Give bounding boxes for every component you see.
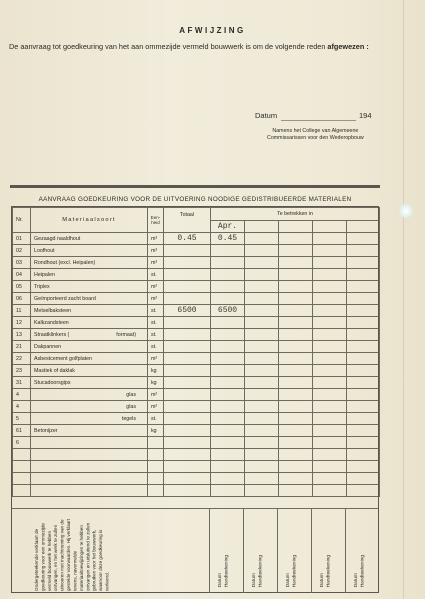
row-material: tegels: [31, 413, 148, 425]
row-nr: 04: [13, 269, 31, 281]
row-month-4[interactable]: [313, 485, 347, 497]
row-month-3[interactable]: [279, 377, 313, 389]
row-month-1[interactable]: [211, 377, 245, 389]
row-material: Dakpannen: [31, 341, 148, 353]
row-month-5[interactable]: [347, 281, 380, 293]
row-month-5[interactable]: [347, 233, 380, 245]
material-name: Stucadoorsgips: [34, 380, 71, 386]
row-month-3[interactable]: [279, 485, 313, 497]
row-month-2[interactable]: [245, 233, 279, 245]
row-material: Asbestcement golfplaten: [31, 353, 148, 365]
month-column-3: [279, 220, 313, 233]
row-unit: m²: [148, 293, 164, 305]
row-material: Gezaagd naaldhout: [31, 233, 148, 245]
row-month-4[interactable]: [313, 353, 347, 365]
row-month-3[interactable]: [279, 269, 313, 281]
material-name: Heipalen: [34, 272, 55, 278]
month-column-5: [347, 220, 380, 233]
row-total[interactable]: [164, 329, 211, 341]
row-material: Geïmporteerd zacht board: [31, 293, 148, 305]
row-month-1[interactable]: [211, 473, 245, 485]
row-unit: m²: [148, 401, 164, 413]
table-row: 02Loofhoutm³: [13, 245, 380, 257]
row-month-1[interactable]: [211, 317, 245, 329]
row-month-5[interactable]: [347, 293, 380, 305]
row-month-5[interactable]: [347, 425, 380, 437]
row-nr: 4: [13, 401, 31, 413]
row-month-3[interactable]: [279, 233, 313, 245]
material-suffix: glas: [126, 392, 144, 398]
row-total[interactable]: [164, 485, 211, 497]
row-nr: 23: [13, 365, 31, 377]
row-unit: [148, 473, 164, 485]
row-month-5[interactable]: [347, 437, 380, 449]
row-total[interactable]: 6500: [164, 305, 211, 317]
table-row: 12Kalkzandsteenst.: [13, 317, 380, 329]
sign-label: Handteekening: [327, 555, 332, 587]
row-month-4[interactable]: [313, 293, 347, 305]
date-label: Datum: [252, 573, 257, 587]
row-nr: 4: [13, 389, 31, 401]
table-row: 31Stucadoorsgipskg: [13, 377, 380, 389]
signature-labels: DatumHandteekening: [320, 555, 333, 587]
row-nr: 13: [13, 329, 31, 341]
row-month-3[interactable]: [279, 329, 313, 341]
row-month-3[interactable]: [279, 305, 313, 317]
table-row: 4glasm²: [13, 401, 380, 413]
row-material: Mastiek of daklak: [31, 365, 148, 377]
row-month-3[interactable]: [279, 245, 313, 257]
row-unit: [148, 437, 164, 449]
table-row: [13, 485, 380, 497]
row-total[interactable]: [164, 437, 211, 449]
row-nr: 03: [13, 257, 31, 269]
row-month-5[interactable]: [347, 413, 380, 425]
signature-cell-1[interactable]: DatumHandteekening: [210, 509, 244, 593]
table-row: 22Asbestcement golfplatenm²: [13, 353, 380, 365]
row-month-5[interactable]: [347, 461, 380, 473]
row-total[interactable]: [164, 461, 211, 473]
material-suffix: [136, 380, 144, 386]
material-suffix: [136, 428, 144, 434]
row-month-1[interactable]: [211, 413, 245, 425]
row-month-2[interactable]: [245, 473, 279, 485]
row-nr: 6: [13, 437, 31, 449]
table-row: 4glasm²: [13, 389, 380, 401]
row-month-2[interactable]: [245, 389, 279, 401]
material-suffix: [136, 308, 144, 314]
signature-cell-3[interactable]: DatumHandteekening: [278, 509, 312, 593]
row-month-4[interactable]: [313, 413, 347, 425]
row-nr: 05: [13, 281, 31, 293]
row-month-5[interactable]: [347, 341, 380, 353]
row-total[interactable]: [164, 377, 211, 389]
row-month-5[interactable]: [347, 305, 380, 317]
row-month-1[interactable]: [211, 485, 245, 497]
row-unit: [148, 449, 164, 461]
header-total: Totaal: [164, 208, 211, 233]
table-row: 13Straatklinkers (formaat)st.: [13, 329, 380, 341]
row-total[interactable]: [164, 257, 211, 269]
row-unit: kg: [148, 377, 164, 389]
materials-section-title: AANVRAAG GOEDKEURING VOOR DE UITVOERING …: [0, 196, 390, 203]
row-month-2[interactable]: [245, 485, 279, 497]
signature-cell-4[interactable]: DatumHandteekening: [312, 509, 346, 593]
row-nr: [13, 449, 31, 461]
date-label: Datum: [354, 573, 359, 587]
material-suffix: formaat): [116, 332, 144, 338]
row-month-1[interactable]: [211, 341, 245, 353]
month-1-value: 6500: [218, 306, 237, 315]
sign-label: Handteekening: [259, 555, 264, 587]
header-to-obtain: Te betrekken in: [211, 208, 380, 221]
month-label: Apr.: [218, 222, 237, 231]
row-unit: st.: [148, 317, 164, 329]
row-total[interactable]: [164, 425, 211, 437]
materials-table: Nr. Materiaalsoort Een-heid Totaal Te be…: [12, 207, 380, 497]
row-month-1[interactable]: [211, 461, 245, 473]
table-row: 5tegelsst.: [13, 413, 380, 425]
row-month-1[interactable]: [211, 449, 245, 461]
header-unit: Een-heid: [148, 208, 164, 233]
row-month-3[interactable]: [279, 473, 313, 485]
row-material: Rondhout (excl. Heipalen): [31, 257, 148, 269]
row-unit: m³: [148, 245, 164, 257]
row-month-5[interactable]: [347, 245, 380, 257]
row-material: [31, 437, 148, 449]
row-month-2[interactable]: [245, 437, 279, 449]
signature-labels: DatumHandteekening: [286, 555, 299, 587]
row-month-1[interactable]: [211, 389, 245, 401]
table-row: 11Metselbaksteenst.65006500: [13, 305, 380, 317]
row-month-5[interactable]: [347, 269, 380, 281]
material-suffix: [136, 296, 144, 302]
row-nr: 5: [13, 413, 31, 425]
row-total[interactable]: [164, 413, 211, 425]
row-month-2[interactable]: [245, 413, 279, 425]
row-month-2[interactable]: [245, 461, 279, 473]
row-month-1[interactable]: 6500: [211, 305, 245, 317]
row-unit: m²: [148, 353, 164, 365]
row-material: Triplex: [31, 281, 148, 293]
material-name: Gezaagd naaldhout: [34, 236, 80, 242]
declaration-text: Ondergeteekende verklaart de goedkeuring…: [34, 513, 111, 591]
row-month-5[interactable]: [347, 485, 380, 497]
row-month-3[interactable]: [279, 317, 313, 329]
row-month-3[interactable]: [279, 461, 313, 473]
row-material: Heipalen: [31, 269, 148, 281]
row-total[interactable]: [164, 269, 211, 281]
row-unit: st.: [148, 269, 164, 281]
row-month-5[interactable]: [347, 449, 380, 461]
row-month-1[interactable]: [211, 269, 245, 281]
material-name: Geïmporteerd zacht board: [34, 296, 96, 302]
table-row: [13, 449, 380, 461]
row-month-3[interactable]: [279, 425, 313, 437]
row-month-1[interactable]: [211, 425, 245, 437]
row-month-3[interactable]: [279, 401, 313, 413]
row-month-1[interactable]: [211, 281, 245, 293]
datum-field[interactable]: [281, 120, 356, 121]
sign-label: Handteekening: [293, 555, 298, 587]
row-nr: 01: [13, 233, 31, 245]
table-row: 23Mastiek of daklakkg: [13, 365, 380, 377]
row-material: Loofhout: [31, 245, 148, 257]
row-unit: kg: [148, 425, 164, 437]
row-unit: st.: [148, 413, 164, 425]
row-month-2[interactable]: [245, 317, 279, 329]
month-column-4: [313, 220, 347, 233]
row-nr: 06: [13, 293, 31, 305]
row-total[interactable]: [164, 449, 211, 461]
table-row: 04Heipalenst.: [13, 269, 380, 281]
row-nr: 02: [13, 245, 31, 257]
row-material: glas: [31, 401, 148, 413]
row-month-1[interactable]: 0.45: [211, 233, 245, 245]
row-month-4[interactable]: [313, 281, 347, 293]
row-month-3[interactable]: [279, 281, 313, 293]
row-unit: st.: [148, 305, 164, 317]
row-material: [31, 485, 148, 497]
row-month-4[interactable]: [313, 365, 347, 377]
row-month-4[interactable]: [313, 461, 347, 473]
row-nr: 21: [13, 341, 31, 353]
row-material: Metselbaksteen: [31, 305, 148, 317]
material-suffix: [136, 344, 144, 350]
material-name: Straatklinkers (: [34, 332, 69, 338]
row-nr: 31: [13, 377, 31, 389]
material-name: Mastiek of daklak: [34, 368, 75, 374]
row-total[interactable]: 0.45: [164, 233, 211, 245]
row-month-3[interactable]: [279, 413, 313, 425]
row-month-2[interactable]: [245, 293, 279, 305]
row-month-2[interactable]: [245, 269, 279, 281]
row-month-5[interactable]: [347, 389, 380, 401]
row-unit: m³: [148, 257, 164, 269]
row-month-1[interactable]: [211, 329, 245, 341]
row-total[interactable]: [164, 293, 211, 305]
material-name: Loofhout: [34, 248, 55, 254]
signature-cell-2[interactable]: DatumHandteekening: [244, 509, 278, 593]
year-prefix: 194: [359, 111, 372, 120]
month-column-1: Apr.: [211, 220, 245, 233]
row-nr: [13, 485, 31, 497]
row-month-3[interactable]: [279, 293, 313, 305]
row-month-4[interactable]: [313, 305, 347, 317]
sign-label: Handteekening: [225, 555, 230, 587]
row-unit: kg: [148, 365, 164, 377]
month-column-2: [245, 220, 279, 233]
row-nr: 22: [13, 353, 31, 365]
rejection-reason-text: De aanvraag tot goedkeuring van het aan …: [9, 42, 369, 51]
row-month-2[interactable]: [245, 245, 279, 257]
row-total[interactable]: [164, 317, 211, 329]
row-month-3[interactable]: [279, 353, 313, 365]
total-value: 0.45: [177, 234, 196, 243]
row-total[interactable]: [164, 365, 211, 377]
row-month-4[interactable]: [313, 269, 347, 281]
row-unit: m²: [148, 389, 164, 401]
row-month-2[interactable]: [245, 341, 279, 353]
row-total[interactable]: [164, 389, 211, 401]
row-month-5[interactable]: [347, 377, 380, 389]
datum-label: Datum: [255, 111, 277, 120]
material-suffix: [136, 248, 144, 254]
row-month-4[interactable]: [313, 377, 347, 389]
row-month-2[interactable]: [245, 257, 279, 269]
row-month-3[interactable]: [279, 341, 313, 353]
row-material: Kalkzandsteen: [31, 317, 148, 329]
row-month-4[interactable]: [313, 473, 347, 485]
table-row: 05Triplexm²: [13, 281, 380, 293]
material-suffix: [136, 260, 144, 266]
reason-text: De aanvraag tot goedkeuring van het aan …: [9, 42, 327, 51]
row-unit: m³: [148, 233, 164, 245]
table-row: 21Dakpannenst.: [13, 341, 380, 353]
material-suffix: [136, 368, 144, 374]
row-month-3[interactable]: [279, 257, 313, 269]
row-total[interactable]: [164, 473, 211, 485]
signature-labels: DatumHandteekening: [354, 555, 367, 587]
row-month-4[interactable]: [313, 389, 347, 401]
material-suffix: glas: [126, 404, 144, 410]
row-month-1[interactable]: [211, 293, 245, 305]
row-month-4[interactable]: [313, 329, 347, 341]
row-month-3[interactable]: [279, 437, 313, 449]
row-month-1[interactable]: [211, 437, 245, 449]
row-nr: [13, 473, 31, 485]
row-month-4[interactable]: [313, 401, 347, 413]
table-row: 61Betonijzerkg: [13, 425, 380, 437]
row-month-3[interactable]: [279, 365, 313, 377]
row-unit: st.: [148, 329, 164, 341]
row-total[interactable]: [164, 401, 211, 413]
table-row: [13, 473, 380, 485]
header-nr: Nr.: [13, 208, 31, 233]
material-name: Asbestcement golfplaten: [34, 356, 92, 362]
row-unit: [148, 461, 164, 473]
row-material: glas: [31, 389, 148, 401]
paper-fold: [403, 0, 404, 599]
material-suffix: [136, 356, 144, 362]
signature-labels: DatumHandteekening: [218, 555, 231, 587]
row-month-1[interactable]: [211, 257, 245, 269]
material-suffix: [136, 284, 144, 290]
material-suffix: [136, 236, 144, 242]
material-name: Triplex: [34, 284, 50, 290]
row-unit: m²: [148, 281, 164, 293]
row-material: [31, 473, 148, 485]
material-name: Betonijzer: [34, 428, 58, 434]
row-month-2[interactable]: [245, 377, 279, 389]
declaration-cell: Ondergeteekende verklaart de goedkeuring…: [12, 509, 210, 593]
row-month-4[interactable]: [313, 341, 347, 353]
date-label: Datum: [218, 573, 223, 587]
row-total[interactable]: [164, 341, 211, 353]
row-month-2[interactable]: [245, 305, 279, 317]
material-suffix: [136, 272, 144, 278]
row-total[interactable]: [164, 245, 211, 257]
row-month-2[interactable]: [245, 425, 279, 437]
date-label: Datum: [320, 573, 325, 587]
row-month-4[interactable]: [313, 245, 347, 257]
row-material: Betonijzer: [31, 425, 148, 437]
row-nr: [13, 461, 31, 473]
row-material: Straatklinkers (formaat): [31, 329, 148, 341]
row-month-2[interactable]: [245, 353, 279, 365]
college-signature-block: Namens het College van Algemeene Commiss…: [267, 128, 364, 142]
date-label: Datum: [286, 573, 291, 587]
signature-labels: DatumHandteekening: [252, 555, 265, 587]
row-month-4[interactable]: [313, 317, 347, 329]
header-material: Materiaalsoort: [31, 208, 148, 233]
row-month-5[interactable]: [347, 365, 380, 377]
section-divider: [10, 185, 380, 188]
punch-hole: [399, 204, 413, 218]
row-nr: 61: [13, 425, 31, 437]
row-month-2[interactable]: [245, 449, 279, 461]
row-month-2[interactable]: [245, 401, 279, 413]
table-row: 06Geïmporteerd zacht boardm²: [13, 293, 380, 305]
month-1-value: 0.45: [218, 234, 237, 243]
row-material: [31, 449, 148, 461]
material-suffix: tegels: [122, 416, 144, 422]
row-month-2[interactable]: [245, 365, 279, 377]
row-nr: 12: [13, 317, 31, 329]
row-month-5[interactable]: [347, 353, 380, 365]
row-month-5[interactable]: [347, 257, 380, 269]
row-material: Stucadoorsgips: [31, 377, 148, 389]
row-month-4[interactable]: [313, 425, 347, 437]
row-month-1[interactable]: [211, 353, 245, 365]
material-name: Kalkzandsteen: [34, 320, 69, 326]
table-row: [13, 461, 380, 473]
row-month-1[interactable]: [211, 365, 245, 377]
reason-emphasis: afgewezen :: [327, 42, 368, 51]
declaration-signature-section: Ondergeteekende verklaart de goedkeuring…: [12, 508, 378, 593]
row-nr: 11: [13, 305, 31, 317]
row-month-2[interactable]: [245, 281, 279, 293]
row-month-3[interactable]: [279, 389, 313, 401]
material-suffix: [136, 320, 144, 326]
row-unit: [148, 485, 164, 497]
row-month-4[interactable]: [313, 233, 347, 245]
row-total[interactable]: [164, 281, 211, 293]
document-title: AFWIJZING: [0, 26, 425, 35]
college-line-2: Commissarissen voor den Wederopbouw: [267, 135, 364, 142]
row-month-5[interactable]: [347, 473, 380, 485]
row-total[interactable]: [164, 353, 211, 365]
signature-cell-5[interactable]: DatumHandteekening: [346, 509, 378, 593]
sign-label: Handteekening: [361, 555, 366, 587]
material-name: Metselbaksteen: [34, 308, 71, 314]
row-month-5[interactable]: [347, 329, 380, 341]
row-month-1[interactable]: [211, 401, 245, 413]
row-month-4[interactable]: [313, 257, 347, 269]
material-name: Dakpannen: [34, 344, 61, 350]
table-row: 6: [13, 437, 380, 449]
row-month-1[interactable]: [211, 245, 245, 257]
row-month-3[interactable]: [279, 449, 313, 461]
row-material: [31, 461, 148, 473]
row-month-4[interactable]: [313, 437, 347, 449]
total-value: 6500: [177, 306, 196, 315]
table-row: 03Rondhout (excl. Heipalen)m³: [13, 257, 380, 269]
row-month-5[interactable]: [347, 401, 380, 413]
row-month-2[interactable]: [245, 329, 279, 341]
row-month-5[interactable]: [347, 317, 380, 329]
row-month-4[interactable]: [313, 449, 347, 461]
